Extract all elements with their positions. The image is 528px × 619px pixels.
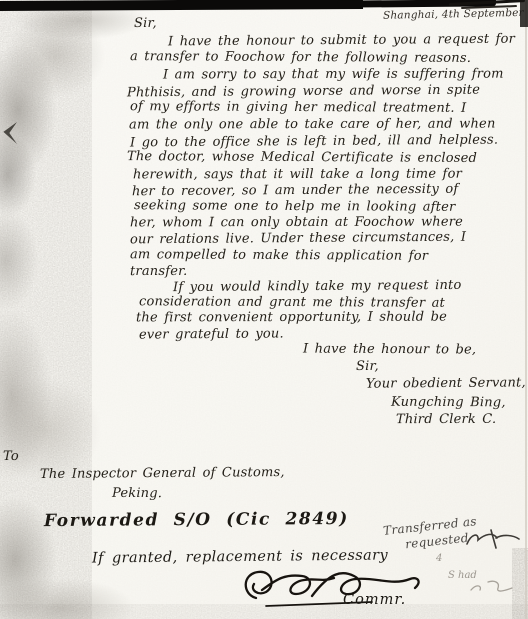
body-line: Phthisis, and is growing worse and worse… [127, 83, 480, 101]
body-line: the first convenient opportunity, I shou… [136, 310, 447, 326]
body-line: The doctor, whose Medical Certificate is… [127, 149, 477, 166]
address-to: To [3, 449, 19, 464]
body-line: If you would kindly take my request into [173, 278, 462, 295]
left-margin-ink-mark [0, 122, 17, 144]
body-line: of my efforts in giving her medical trea… [130, 99, 466, 116]
commissioner-title: Commr. [343, 592, 406, 608]
faint-pencil-note: 4 [436, 553, 442, 564]
closing-line-servant: Your obedient Servant, [366, 375, 526, 391]
pencil-initials-flourish [463, 526, 525, 554]
faint-pencil-squiggle [468, 578, 516, 596]
body-line: her, whom I can only obtain at Foochow w… [130, 215, 463, 231]
address-recipient: The Inspector General of Customs, [40, 465, 285, 482]
body-line: consideration and grant me this transfer… [139, 294, 445, 311]
body-line: am the only one able to take care of her… [129, 117, 496, 133]
body-line: her to recover, so I am under the necess… [132, 182, 459, 200]
body-line: I have the honour to submit to you a req… [168, 32, 515, 50]
replacement-note: If granted, replacement is necessary [92, 547, 388, 566]
body-line: our relations live. Under these circumst… [130, 230, 466, 248]
body-line: seeking some one to help me in looking a… [134, 198, 456, 215]
body-line: herewith, says that it will take a long … [133, 167, 462, 183]
right-edge-scan-line [525, 0, 527, 619]
salutation: Sir, [134, 16, 157, 31]
scanned-letter-page: Shanghai, 4th September 1908 Sir, I have… [0, 0, 528, 619]
body-line: transfer. [130, 264, 188, 279]
body-line: ever grateful to you. [139, 326, 284, 342]
body-line: I am sorry to say that my wife is suffer… [163, 67, 504, 83]
closing-line-honour: I have the honour to be, [303, 342, 476, 358]
top-black-scan-bar [0, 0, 363, 11]
closing-line-sir: Sir, [356, 359, 379, 374]
signature-rank: Third Clerk C. [396, 412, 496, 427]
letter-dateline: Shanghai, 4th September 1908 [383, 6, 528, 22]
right-edge-dark-artifact [520, 0, 528, 27]
body-line: a transfer to Foochow for the following … [130, 49, 471, 66]
address-city: Peking. [112, 486, 162, 501]
forwarded-note: Forwarded S/O (Cic 2849) [44, 509, 349, 531]
signature-name: Kungching Bing, [391, 395, 506, 411]
body-line: am compelled to make this application fo… [130, 247, 428, 264]
body-line: I go to the office she is left in bed, i… [130, 133, 498, 151]
